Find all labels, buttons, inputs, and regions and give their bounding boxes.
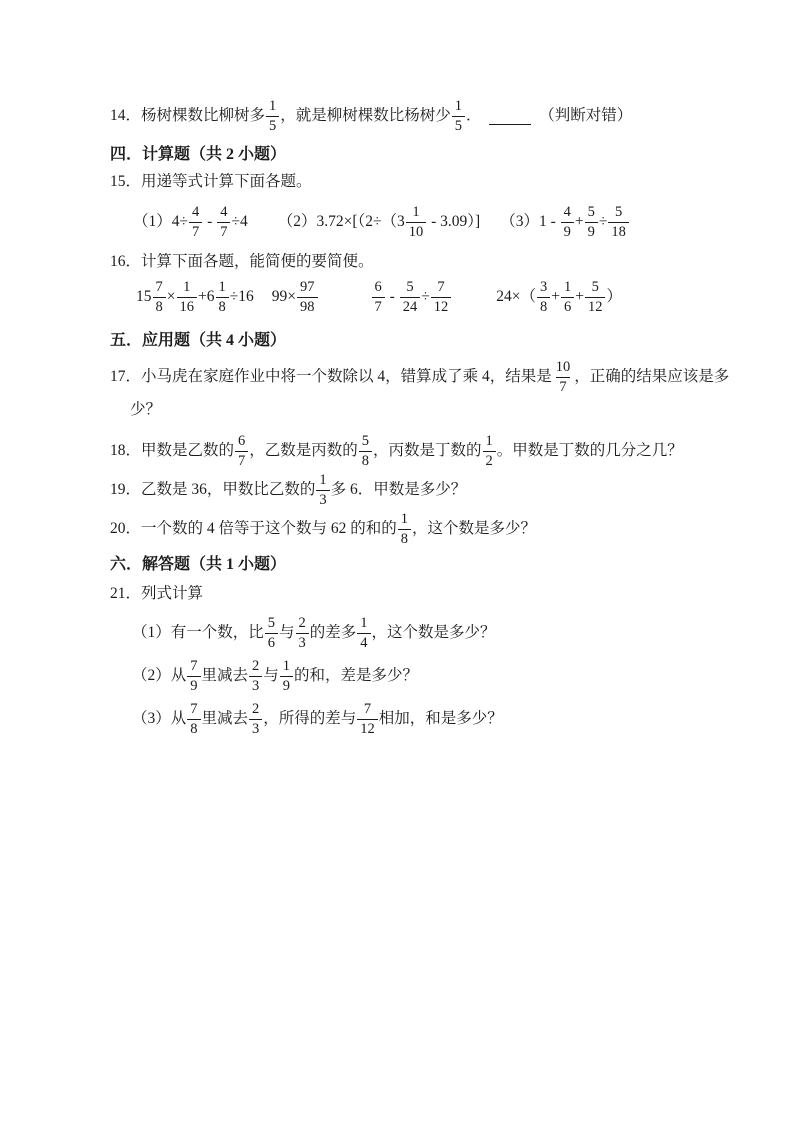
fraction-numerator: 1 xyxy=(266,99,279,116)
fraction: 23 xyxy=(249,659,262,693)
fraction-denominator: 12 xyxy=(431,297,452,315)
answer-blank xyxy=(489,108,531,125)
fraction-numerator: 97 xyxy=(297,280,318,297)
fraction: 712 xyxy=(431,280,452,314)
text-run: 五．应用题（共 4 小题） xyxy=(110,331,286,350)
fraction-denominator: 10 xyxy=(406,222,427,240)
fraction: 712 xyxy=(357,702,378,736)
text-run: + xyxy=(551,288,560,307)
fraction: 14 xyxy=(357,616,370,650)
fraction-numerator: 7 xyxy=(153,280,166,297)
fraction-denominator: 9 xyxy=(561,222,574,240)
fraction-denominator: 7 xyxy=(217,222,230,240)
fraction-numerator: 5 xyxy=(265,616,278,633)
fraction-numerator: 1 xyxy=(180,280,193,297)
text-run: ，正确的结果应该是多 xyxy=(574,368,729,387)
fraction-numerator: 5 xyxy=(589,280,602,297)
fraction-denominator: 6 xyxy=(265,633,278,651)
text-run: ，所得的差与 xyxy=(263,710,356,729)
text-run: ） xyxy=(606,288,622,307)
text-run: 与 xyxy=(263,667,279,686)
fraction: 116 xyxy=(177,280,198,314)
question-21-sub-3: （3）从78里减去23，所得的差与712相加，和是多少？ xyxy=(132,701,503,737)
fraction-numerator: 3 xyxy=(537,280,550,297)
question-18: 18．甲数是乙数的67，乙数是丙数的58，丙数是丁数的12。甲数是丁数的几分之几… xyxy=(110,431,683,471)
text-run: 少？ xyxy=(130,401,161,420)
fraction: 19 xyxy=(280,659,293,693)
fraction-denominator: 12 xyxy=(585,297,606,315)
text-run: 与 xyxy=(279,624,295,643)
math-expression: 1578×116+618÷16 xyxy=(136,280,254,314)
fraction: 47 xyxy=(189,205,202,239)
text-run: （1）4÷ xyxy=(133,213,188,232)
fraction: 23 xyxy=(296,616,309,650)
fraction-numerator: 1 xyxy=(280,659,293,676)
worksheet-page: 14．杨树棵数比柳树多15，就是柳树棵数比杨树少15． （判断对错） 四．计算题… xyxy=(0,0,793,1122)
text-run: - xyxy=(203,213,216,232)
text-run: ，丙数是丁数的 xyxy=(373,442,482,461)
text-run: ，乙数是丙数的 xyxy=(249,442,358,461)
fraction-denominator: 16 xyxy=(177,297,198,315)
fraction-numerator: 7 xyxy=(434,280,447,297)
question-16: 16．计算下面各题，能简便的要简便。 xyxy=(110,252,374,272)
text-run: ． xyxy=(466,107,485,126)
text-run: 四．计算题（共 2 小题） xyxy=(110,145,286,164)
fraction-denominator: 9 xyxy=(187,676,200,694)
fraction-denominator: 5 xyxy=(266,116,279,134)
text-run: （3）1 - xyxy=(500,213,559,232)
question-15: 15．用递等式计算下面各题。 xyxy=(110,172,312,192)
section-header-4: 四．计算题（共 2 小题） xyxy=(110,145,286,165)
text-run: + xyxy=(575,213,584,232)
fraction-denominator: 98 xyxy=(297,297,318,315)
text-run: ÷16 xyxy=(230,288,254,307)
fraction-numerator: 2 xyxy=(249,702,262,719)
fraction-denominator: 7 xyxy=(372,297,385,315)
fraction-denominator: 9 xyxy=(280,676,293,694)
fraction-numerator: 5 xyxy=(359,434,372,451)
fraction-numerator: 7 xyxy=(187,702,200,719)
fraction: 518 xyxy=(608,205,629,239)
question-20: 20．一个数的 4 倍等于这个数与 62 的和的18，这个数是多少？ xyxy=(110,510,536,548)
fraction: 512 xyxy=(585,280,606,314)
text-run: 15．用递等式计算下面各题。 xyxy=(110,173,312,192)
text-run: 。甲数是丁数的几分之几？ xyxy=(497,442,683,461)
fraction-denominator: 8 xyxy=(153,297,166,315)
fraction-denominator: 7 xyxy=(235,451,248,469)
math-expression: 24×（38+16+512） xyxy=(496,280,622,314)
question-19: 19．乙数是 36，甲数比乙数的13多 6．甲数是多少？ xyxy=(110,472,466,508)
fraction: 67 xyxy=(372,280,385,314)
fraction: 110 xyxy=(406,205,427,239)
fraction-denominator: 8 xyxy=(398,529,411,547)
text-run: - xyxy=(386,288,399,307)
fraction-denominator: 8 xyxy=(216,297,229,315)
math-expression: （3）1 - 49+59÷518 xyxy=(500,205,630,239)
fraction-denominator: 8 xyxy=(537,297,550,315)
fraction-denominator: 2 xyxy=(483,451,496,469)
question-21: 21．列式计算 xyxy=(110,584,203,604)
fraction-denominator: 3 xyxy=(249,676,262,694)
fraction-denominator: 3 xyxy=(249,719,262,737)
fraction: 78 xyxy=(187,702,200,736)
text-run: （2）3.72×[（2÷（3 xyxy=(278,213,405,232)
fraction: 49 xyxy=(561,205,574,239)
fraction-numerator: 5 xyxy=(585,205,598,222)
text-run: × xyxy=(167,288,176,307)
text-run: 24×（ xyxy=(496,288,536,307)
fraction-numerator: 6 xyxy=(372,280,385,297)
fraction: 15 xyxy=(452,99,465,133)
question-15-expressions: （1）4÷47 - 47÷4（2）3.72×[（2÷（3110 - 3.09）]… xyxy=(133,199,630,245)
fraction: 59 xyxy=(585,205,598,239)
fraction-numerator: 4 xyxy=(217,205,230,222)
fraction-numerator: 1 xyxy=(483,434,496,451)
text-run: 的差多 xyxy=(310,624,357,643)
fraction-numerator: 1 xyxy=(398,512,411,529)
fraction: 67 xyxy=(235,434,248,468)
fraction-denominator: 24 xyxy=(400,297,421,315)
fraction-numerator: 1 xyxy=(316,473,329,490)
question-16-expressions: 1578×116+618÷1699×979867 - 524÷71224×（38… xyxy=(136,274,622,320)
text-run: ÷4 xyxy=(231,213,247,232)
fraction: 56 xyxy=(265,616,278,650)
text-run: 20．一个数的 4 倍等于这个数与 62 的和的 xyxy=(110,520,397,539)
text-run: 21．列式计算 xyxy=(110,585,203,604)
fraction: 18 xyxy=(398,512,411,546)
question-14: 14．杨树棵数比柳树多15，就是柳树棵数比杨树少15． （判断对错） xyxy=(110,98,632,134)
fraction-numerator: 10 xyxy=(553,360,574,377)
fraction: 16 xyxy=(561,280,574,314)
fraction: 15 xyxy=(266,99,279,133)
section-header-5: 五．应用题（共 4 小题） xyxy=(110,331,286,351)
fraction-numerator: 5 xyxy=(612,205,625,222)
fraction-numerator: 2 xyxy=(249,659,262,676)
text-run: ÷ xyxy=(421,288,430,307)
question-17-line-1: 17．小马虎在家庭作业中将一个数除以 4，错算成了乘 4，结果是107，正确的结… xyxy=(110,356,729,398)
text-run: ÷ xyxy=(599,213,608,232)
fraction-numerator: 2 xyxy=(296,616,309,633)
text-run: 19．乙数是 36，甲数比乙数的 xyxy=(110,481,315,500)
fraction-denominator: 7 xyxy=(556,377,569,395)
text-run: 相加，和是多少？ xyxy=(379,710,503,729)
fraction-numerator: 1 xyxy=(357,616,370,633)
fraction: 12 xyxy=(483,434,496,468)
math-expression: 99×9798 xyxy=(272,280,319,314)
fraction: 524 xyxy=(400,280,421,314)
fraction: 58 xyxy=(359,434,372,468)
text-run: +6 xyxy=(198,288,215,307)
fraction-denominator: 12 xyxy=(357,719,378,737)
question-21-sub-2: （2）从79里减去23与19的和，差是多少？ xyxy=(132,658,418,694)
text-run: 14．杨树棵数比柳树多 xyxy=(110,107,265,126)
math-expression: （1）4÷47 - 47÷4 xyxy=(133,205,248,239)
text-run: 16．计算下面各题，能简便的要简便。 xyxy=(110,253,374,272)
fraction: 9798 xyxy=(297,280,318,314)
fraction-numerator: 7 xyxy=(361,702,374,719)
fraction: 18 xyxy=(216,280,229,314)
text-run: - 3.09）] xyxy=(427,213,480,232)
fraction-numerator: 5 xyxy=(403,280,416,297)
fraction-denominator: 4 xyxy=(357,633,370,651)
text-run: 18．甲数是乙数的 xyxy=(110,442,234,461)
text-run: ，这个数是多少？ xyxy=(372,624,496,643)
text-run: ，这个数是多少？ xyxy=(412,520,536,539)
text-run: （1）有一个数，比 xyxy=(132,624,264,643)
text-run: 的和，差是多少？ xyxy=(294,667,418,686)
fraction-numerator: 1 xyxy=(409,205,422,222)
fraction: 47 xyxy=(217,205,230,239)
text-run: 15 xyxy=(136,288,152,307)
text-run: 99× xyxy=(272,288,296,307)
text-run: （3）从 xyxy=(132,710,186,729)
text-run: 六．解答题（共 1 小题） xyxy=(110,555,286,574)
fraction: 38 xyxy=(537,280,550,314)
fraction-numerator: 7 xyxy=(187,659,200,676)
fraction-denominator: 7 xyxy=(189,222,202,240)
fraction-numerator: 1 xyxy=(561,280,574,297)
fraction-denominator: 6 xyxy=(561,297,574,315)
fraction: 13 xyxy=(316,473,329,507)
text-run: 17．小马虎在家庭作业中将一个数除以 4，错算成了乘 4，结果是 xyxy=(110,368,552,387)
fraction: 79 xyxy=(187,659,200,693)
math-expression: 67 - 524÷712 xyxy=(371,280,453,314)
fraction-numerator: 1 xyxy=(452,99,465,116)
section-header-6: 六．解答题（共 1 小题） xyxy=(110,555,286,575)
text-run: ，就是柳树棵数比杨树少 xyxy=(280,107,451,126)
fraction-numerator: 4 xyxy=(561,205,574,222)
fraction-numerator: 1 xyxy=(216,280,229,297)
fraction: 78 xyxy=(153,280,166,314)
text-run: 里减去 xyxy=(202,710,249,729)
fraction: 23 xyxy=(249,702,262,736)
fraction-denominator: 3 xyxy=(296,633,309,651)
question-21-sub-1: （1）有一个数，比56与23的差多14，这个数是多少？ xyxy=(132,615,496,651)
text-run: + xyxy=(575,288,584,307)
fraction-denominator: 8 xyxy=(359,451,372,469)
question-17-line-2: 少？ xyxy=(130,400,161,420)
fraction-numerator: 6 xyxy=(235,434,248,451)
fraction: 107 xyxy=(553,360,574,394)
fraction-denominator: 18 xyxy=(608,222,629,240)
text-run: （判断对错） xyxy=(535,107,632,126)
math-expression: （2）3.72×[（2÷（3110 - 3.09）] xyxy=(278,205,481,239)
text-run: 里减去 xyxy=(202,667,249,686)
fraction-denominator: 9 xyxy=(585,222,598,240)
text-run: （2）从 xyxy=(132,667,186,686)
fraction-denominator: 5 xyxy=(452,116,465,134)
fraction-numerator: 4 xyxy=(189,205,202,222)
text-run: 多 6．甲数是多少？ xyxy=(331,481,467,500)
fraction-denominator: 8 xyxy=(187,719,200,737)
fraction-denominator: 3 xyxy=(316,490,329,508)
